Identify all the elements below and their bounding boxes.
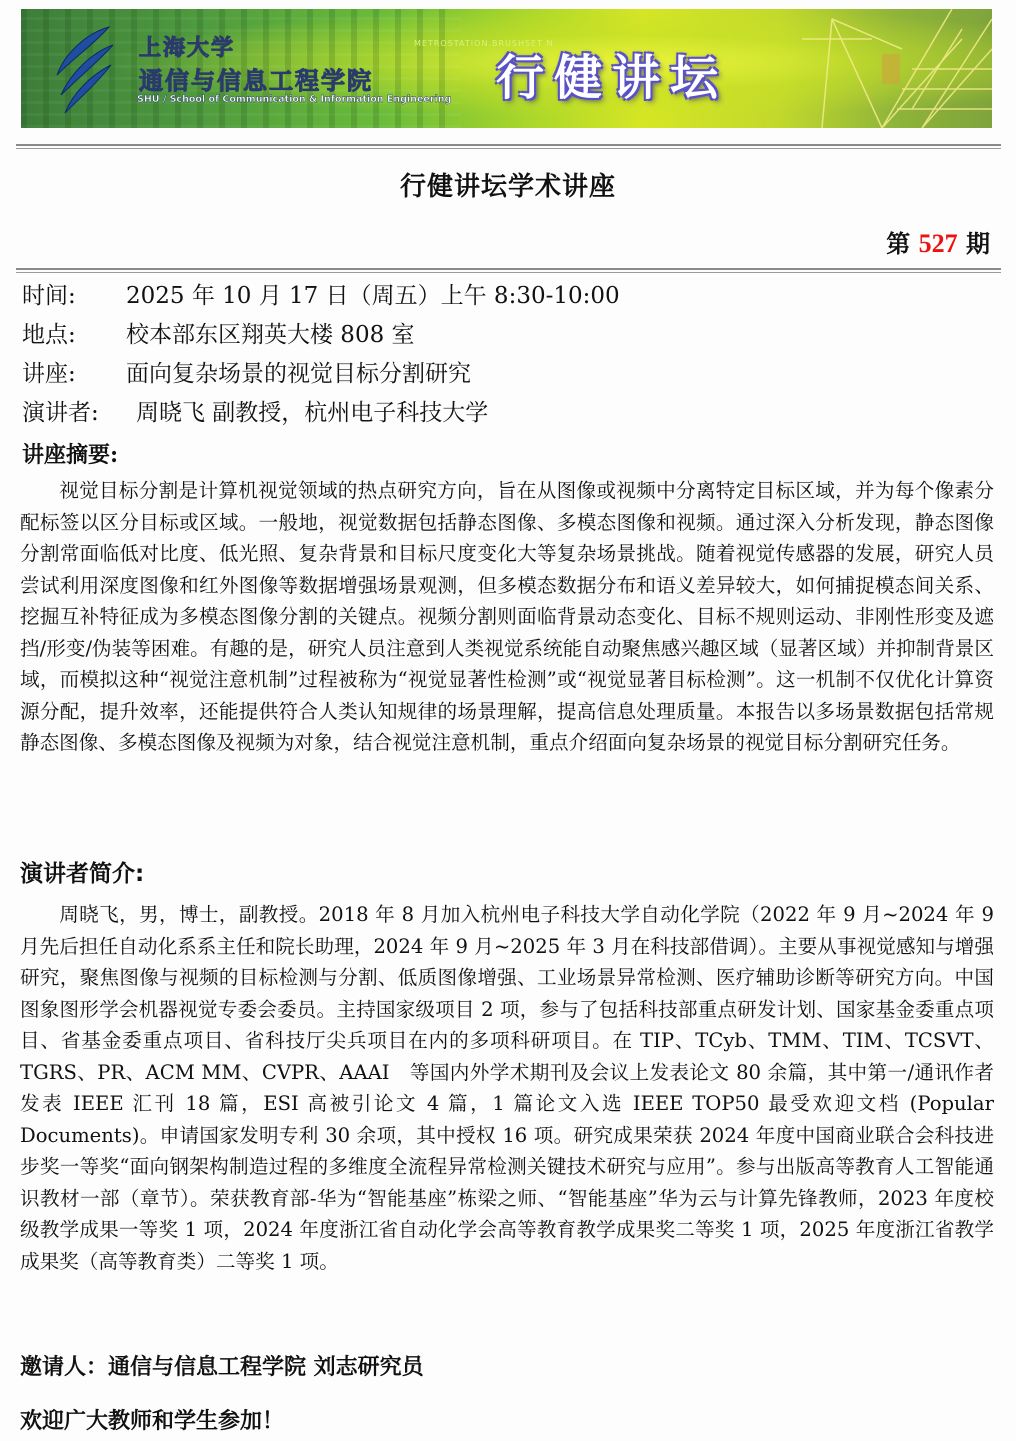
issue-number-value: 527: [919, 229, 958, 258]
speaker-label: 演讲者:: [22, 394, 136, 427]
bio-heading: 演讲者简介:: [20, 855, 144, 888]
antenna-tower-icon: [762, 9, 992, 128]
issue-number: 第 527 期: [886, 224, 990, 259]
place-label: 地点:: [22, 316, 126, 349]
abstract-text: 视觉目标分割是计算机视觉领域的热点研究方向，旨在从图像或视频中分离特定目标区域，…: [20, 475, 994, 759]
lecture-value: 面向复杂场景的视觉目标分割研究: [126, 361, 471, 387]
issue-prefix: 第: [886, 229, 910, 258]
school-name: 通信与信息工程学院: [139, 61, 373, 96]
info-lecture: 讲座:面向复杂场景的视觉目标分割研究: [22, 355, 471, 388]
page-title: 行健讲坛学术讲座: [0, 166, 1016, 203]
lecture-label: 讲座:: [22, 355, 126, 388]
bio-text: 周晓飞，男，博士，副教授。2018 年 8 月加入杭州电子科技大学自动化学院（2…: [20, 899, 994, 1277]
header-banner: 上海大学 通信与信息工程学院 SHU / School of Communica…: [21, 9, 992, 128]
place-value: 校本部东区翔英大楼 808 室: [126, 322, 415, 348]
university-name: 上海大学: [139, 31, 235, 62]
time-value: 2025 年 10 月 17 日（周五）上午 8:30-10:00: [126, 283, 620, 309]
shu-logo-icon: [47, 23, 117, 115]
abstract-heading: 讲座摘要:: [22, 438, 118, 469]
inviter-line: 邀请人：通信与信息工程学院 刘志研究员: [20, 1350, 424, 1381]
issue-suffix: 期: [966, 229, 990, 258]
info-speaker: 演讲者:周晓飞 副教授，杭州电子科技大学: [22, 394, 488, 427]
info-time: 时间:2025 年 10 月 17 日（周五）上午 8:30-10:00: [22, 277, 620, 310]
welcome-line: 欢迎广大教师和学生参加！: [20, 1404, 284, 1435]
info-place: 地点:校本部东区翔英大楼 808 室: [22, 316, 415, 349]
speaker-value: 周晓飞 副教授，杭州电子科技大学: [136, 400, 488, 426]
divider-info: [16, 268, 1001, 270]
time-label: 时间:: [22, 277, 126, 310]
divider-top: [16, 144, 1001, 146]
school-name-en: SHU / School of Communication & Informat…: [137, 94, 451, 105]
forum-name: 行健讲坛: [496, 39, 728, 108]
